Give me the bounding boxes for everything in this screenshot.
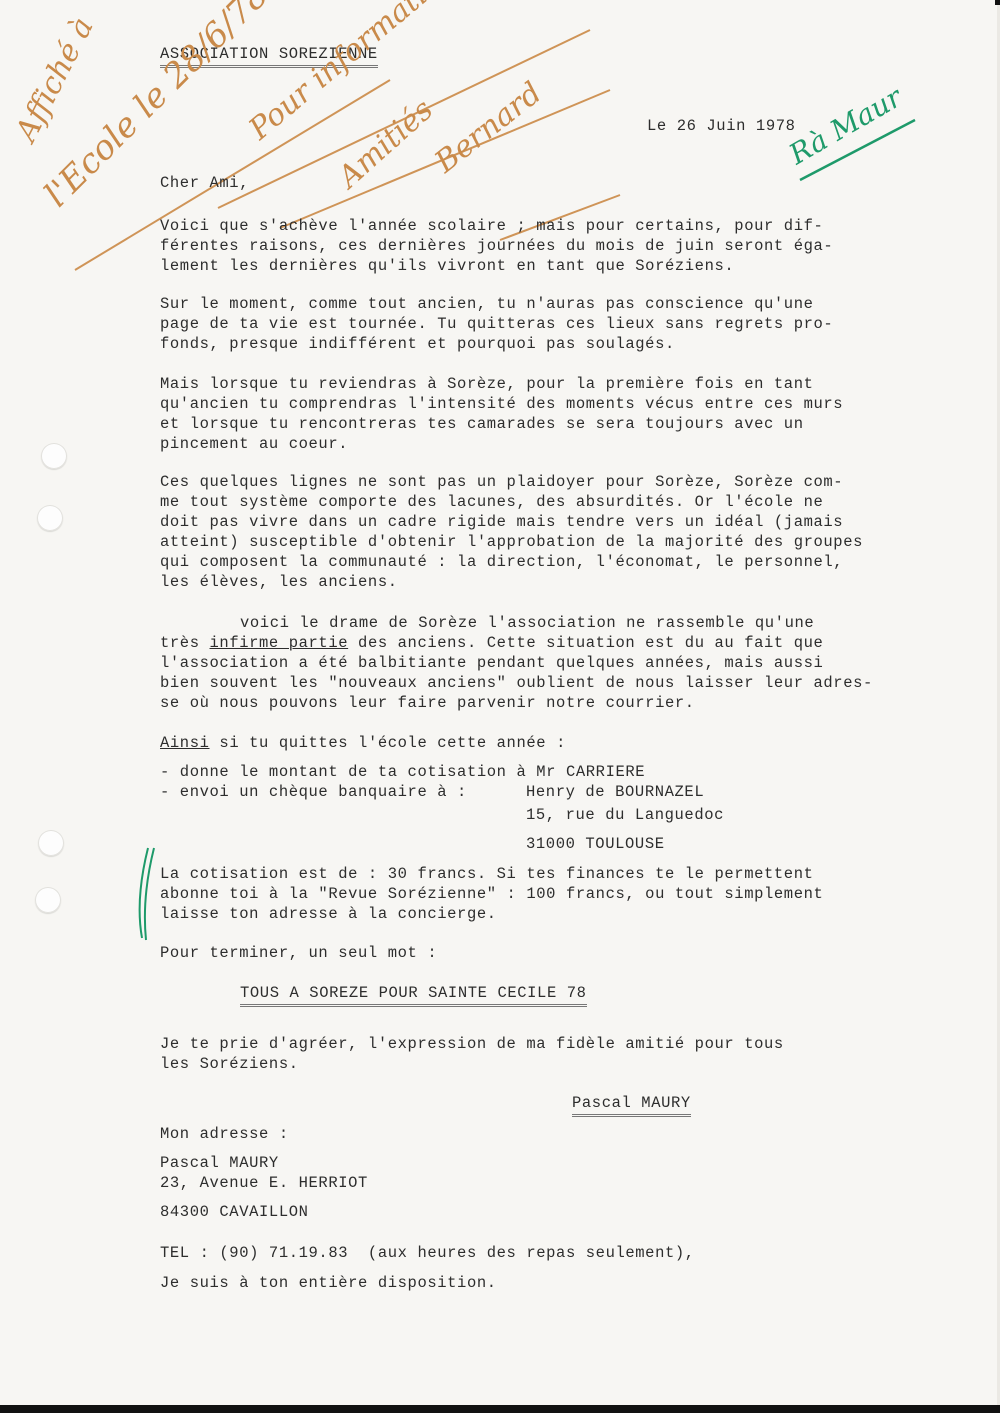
slogan: TOUS A SOREZE POUR SAINTE CECILE 78	[240, 983, 587, 1007]
text-line: atteint) susceptible d'obtenir l'approba…	[160, 532, 863, 552]
text-line: laisse ton adresse à la concierge.	[160, 904, 497, 924]
text-line: Voici que s'achève l'année scolaire ; ma…	[160, 216, 823, 236]
underlined-phrase: infirme partie	[210, 634, 349, 652]
address-name: Pascal MAURY	[160, 1153, 279, 1173]
text-line: qui composent la communauté : la directi…	[160, 552, 843, 572]
text-line: pincement au coeur.	[160, 434, 348, 454]
address-street: 23, Avenue E. HERRIOT	[160, 1173, 368, 1193]
instructions-intro: Ainsi si tu quittes l'école cette année …	[160, 733, 566, 753]
text-line: et lorsque tu rencontreras tes camarades…	[160, 414, 804, 434]
punch-hole	[38, 830, 64, 856]
text-line: Je te prie d'agréer, l'expression de ma …	[160, 1034, 784, 1054]
address-city: 84300 CAVAILLON	[160, 1202, 309, 1222]
punch-hole	[37, 505, 63, 531]
text-line: qu'ancien tu comprendras l'intensité des…	[160, 394, 843, 414]
recipient-street: 15, rue du Languedoc	[526, 805, 724, 825]
text-line: l'association a été balbitiante pendant …	[160, 653, 823, 673]
text-line: Ces quelques lignes ne sont pas un plaid…	[160, 472, 843, 492]
recipient-city: 31000 TOULOUSE	[526, 834, 665, 854]
text-span: si tu quittes l'école cette année :	[210, 734, 566, 752]
instruction-item: - donne le montant de ta cotisation à Mr…	[160, 762, 645, 782]
text-line: bien souvent les "nouveaux anciens" oubl…	[160, 673, 873, 693]
address-label: Mon adresse :	[160, 1124, 289, 1144]
text-line: me tout système comporte des lacunes, de…	[160, 492, 823, 512]
text-line: La cotisation est de : 30 francs. Si tes…	[160, 864, 814, 884]
scan-bottom-edge	[0, 1405, 1000, 1413]
typed-signature: Pascal MAURY	[572, 1093, 691, 1117]
instruction-item: - envoi un chèque banquaire à :	[160, 782, 467, 802]
text-line: les Soréziens.	[160, 1054, 299, 1074]
recipient-name: Henry de BOURNAZEL	[526, 782, 704, 802]
underlined-word: Ainsi	[160, 734, 210, 752]
text-span: des anciens. Cette situation est du au f…	[348, 634, 823, 652]
text-line: doit pas vivre dans un cadre rigide mais…	[160, 512, 843, 532]
scan-corner-mark	[995, 0, 1000, 5]
text-line: page de ta vie est tournée. Tu quitteras…	[160, 314, 833, 334]
closing-intro: Pour terminer, un seul mot :	[160, 943, 437, 963]
address-phone: TEL : (90) 71.19.83 (aux heures des repa…	[160, 1243, 695, 1263]
text-line: Mais lorsque tu reviendras à Sorèze, pou…	[160, 374, 814, 394]
letter-date: Le 26 Juin 1978	[647, 116, 796, 136]
punch-hole	[41, 443, 67, 469]
punch-hole	[35, 887, 61, 913]
text-line: Sur le moment, comme tout ancien, tu n'a…	[160, 294, 814, 314]
text-span: très	[160, 634, 210, 652]
salutation: Cher Ami,	[160, 173, 249, 193]
text-line: les élèves, les anciens.	[160, 572, 398, 592]
text-line: très infirme partie des anciens. Cette s…	[160, 633, 823, 653]
text-line: lement les dernières qu'ils vivront en t…	[160, 256, 734, 276]
text-line: férentes raisons, ces dernières journées…	[160, 236, 833, 256]
availability-note: Je suis à ton entière disposition.	[160, 1273, 497, 1293]
text-line: voici le drame de Sorèze l'association n…	[240, 613, 814, 633]
text-line: se où nous pouvons leur faire parvenir n…	[160, 693, 695, 713]
text-line: abonne toi à la "Revue Sorézienne" : 100…	[160, 884, 823, 904]
text-line: fonds, presque indifférent et pourquoi p…	[160, 334, 675, 354]
